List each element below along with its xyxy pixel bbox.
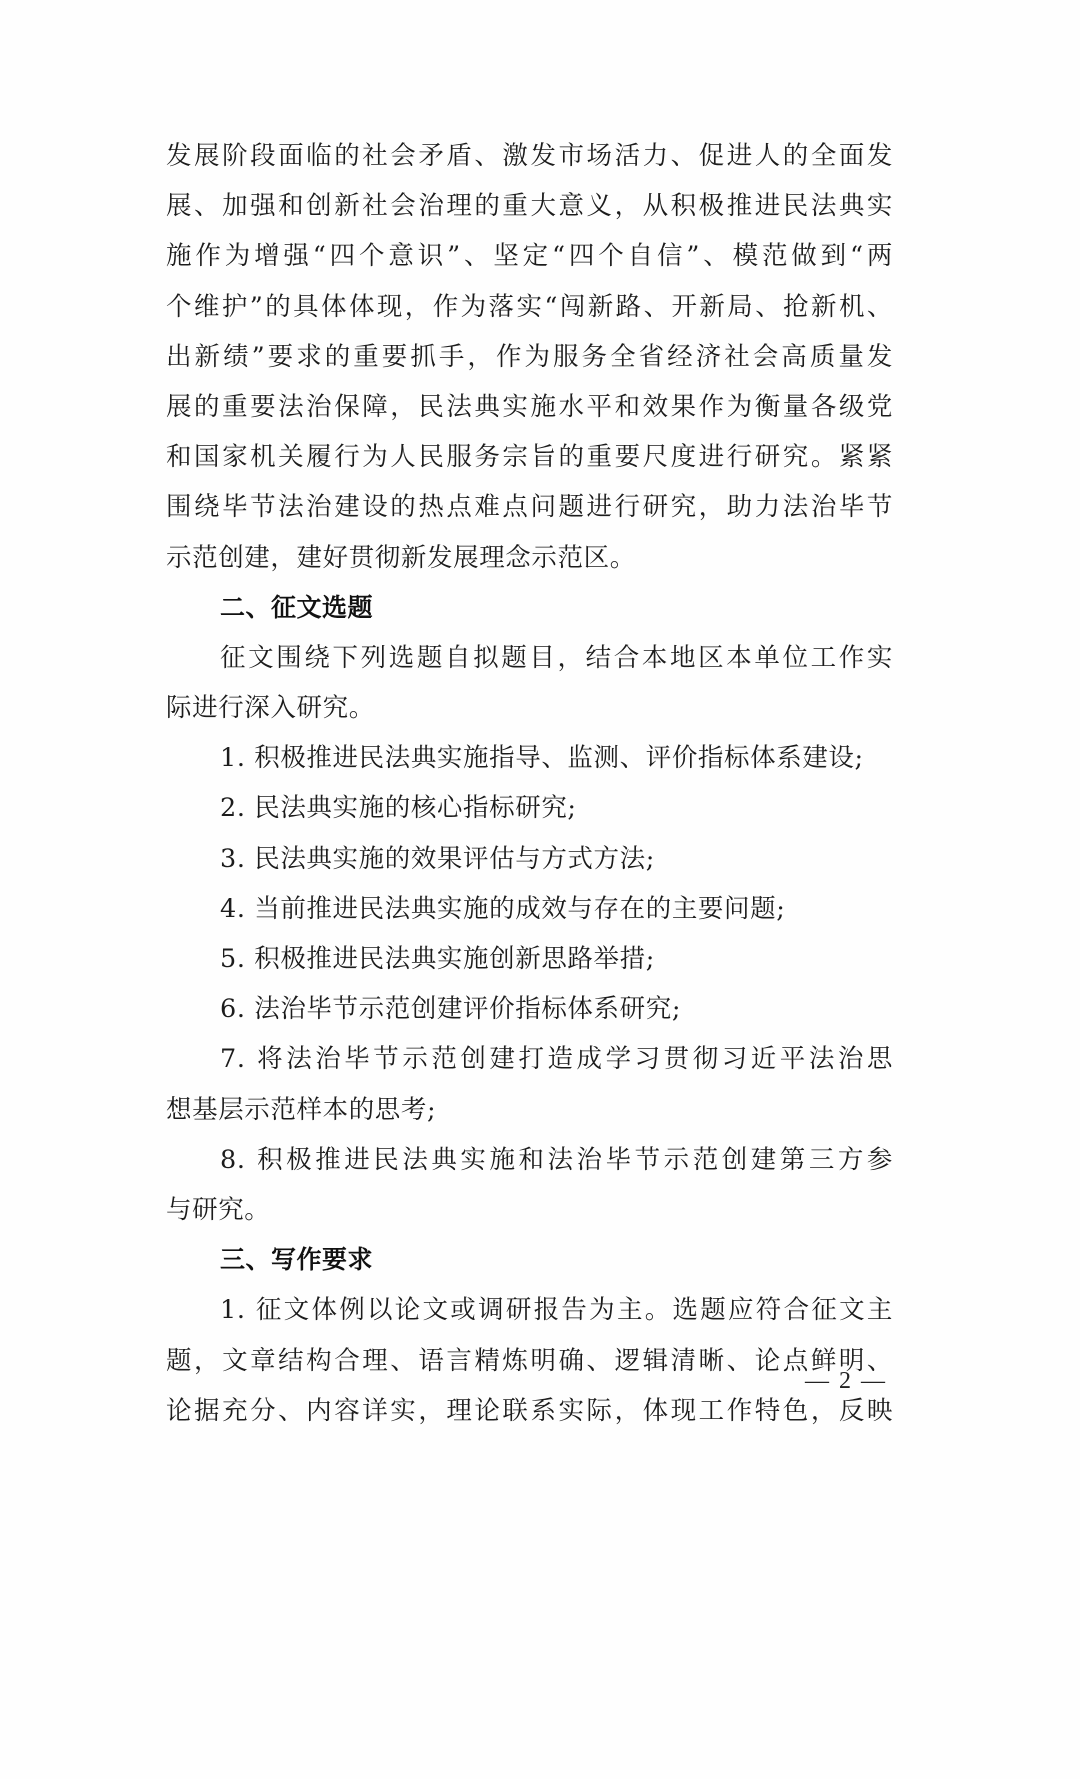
text-line: 出新绩”要求的重要抓手，作为服务全省经济社会高质量发 — [166, 332, 893, 382]
text-line: 2. 民法典实施的核心指标研究; — [166, 783, 906, 833]
text-line: 示范创建，建好贯彻新发展理念示范区。 — [166, 533, 906, 583]
topic-item: 4. 当前推进民法典实施的成效与存在的主要问题; — [166, 884, 906, 934]
text-line: 1. 积极推进民法典实施指导、监测、评价指标体系建设; — [166, 733, 906, 783]
section-heading: 二、征文选题 — [166, 583, 906, 633]
text-line: 和国家机关履行为人民服务宗旨的重要尺度进行研究。紧紧 — [166, 432, 893, 482]
text-line: 展的重要法治保障，民法典实施水平和效果作为衡量各级党 — [166, 382, 893, 432]
section-heading: 三、写作要求 — [166, 1235, 906, 1285]
text-line: 施作为增强“四个意识”、坚定“四个自信”、模范做到“两 — [166, 231, 893, 281]
text-line: 7. 将法治毕节示范创建打造成学习贯彻习近平法治思 — [166, 1034, 893, 1084]
text-line: 论据充分、内容详实，理论联系实际，体现工作特色，反映 — [166, 1386, 893, 1436]
text-line: 征文围绕下列选题自拟题目，结合本地区本单位工作实 — [166, 633, 893, 683]
section-writing-requirements: 三、写作要求 1. 征文体例以论文或调研报告为主。选题应符合征文主 题，文章结构… — [166, 1235, 906, 1436]
topic-list: 1. 积极推进民法典实施指导、监测、评价指标体系建设; 2. 民法典实施的核心指… — [166, 733, 906, 1235]
document-page: 发展阶段面临的社会矛盾、激发市场活力、促进人的全面发 展、加强和创新社会治理的重… — [0, 0, 1080, 1779]
text-line: 3. 民法典实施的效果评估与方式方法; — [166, 834, 906, 884]
section-topics: 二、征文选题 征文围绕下列选题自拟题目，结合本地区本单位工作实 际进行深入研究。… — [166, 583, 906, 1235]
paragraph-continuation: 发展阶段面临的社会矛盾、激发市场活力、促进人的全面发 展、加强和创新社会治理的重… — [166, 131, 906, 583]
text-line: 发展阶段面临的社会矛盾、激发市场活力、促进人的全面发 — [166, 131, 893, 181]
text-line: 想基层示范样本的思考; — [166, 1085, 906, 1135]
topic-item: 1. 积极推进民法典实施指导、监测、评价指标体系建设; — [166, 733, 906, 783]
text-line: 4. 当前推进民法典实施的成效与存在的主要问题; — [166, 884, 906, 934]
text-line: 5. 积极推进民法典实施创新思路举措; — [166, 934, 906, 984]
text-line: 与研究。 — [166, 1185, 906, 1235]
text-line: 围绕毕节法治建设的热点难点问题进行研究，助力法治毕节 — [166, 482, 893, 532]
text-line: 个维护”的具体体现，作为落实“闯新路、开新局、抢新机、 — [166, 282, 893, 332]
section-intro: 征文围绕下列选题自拟题目，结合本地区本单位工作实 际进行深入研究。 — [166, 633, 906, 733]
text-line: 题，文章结构合理、语言精炼明确、逻辑清晰、论点鲜明、 — [166, 1336, 893, 1386]
text-line: 8. 积极推进民法典实施和法治毕节示范创建第三方参 — [166, 1135, 893, 1185]
requirement-item: 1. 征文体例以论文或调研报告为主。选题应符合征文主 题，文章结构合理、语言精炼… — [166, 1285, 906, 1436]
text-line: 际进行深入研究。 — [166, 683, 906, 733]
page-number: — 2 — — [805, 1368, 887, 1395]
topic-item: 7. 将法治毕节示范创建打造成学习贯彻习近平法治思 想基层示范样本的思考; — [166, 1034, 906, 1134]
topic-item: 5. 积极推进民法典实施创新思路举措; — [166, 934, 906, 984]
topic-item: 2. 民法典实施的核心指标研究; — [166, 783, 906, 833]
text-line: 1. 征文体例以论文或调研报告为主。选题应符合征文主 — [166, 1285, 893, 1335]
topic-item: 8. 积极推进民法典实施和法治毕节示范创建第三方参 与研究。 — [166, 1135, 906, 1235]
text-line: 6. 法治毕节示范创建评价指标体系研究; — [166, 984, 906, 1034]
text-line: 展、加强和创新社会治理的重大意义，从积极推进民法典实 — [166, 181, 893, 231]
document-body: 发展阶段面临的社会矛盾、激发市场活力、促进人的全面发 展、加强和创新社会治理的重… — [166, 131, 906, 1436]
topic-item: 6. 法治毕节示范创建评价指标体系研究; — [166, 984, 906, 1034]
topic-item: 3. 民法典实施的效果评估与方式方法; — [166, 834, 906, 884]
